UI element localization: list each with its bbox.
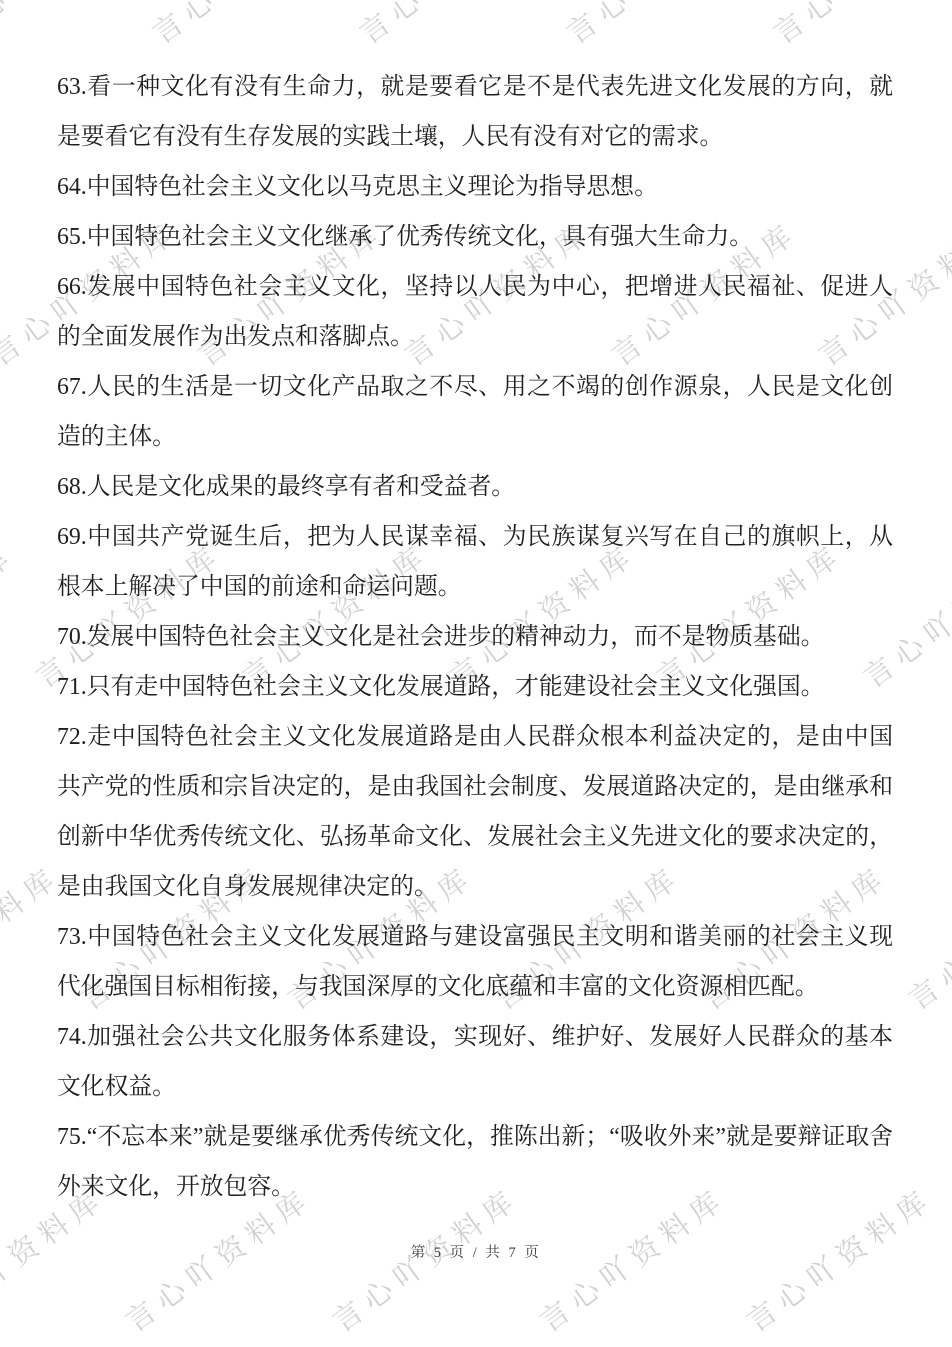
page-number-indicator: 第 5 页 / 共 7 页 (0, 1241, 952, 1262)
note-item-74: 74.加强社会公共文化服务体系建设，实现好、维护好、发展好人民群众的基本文化权益… (57, 1012, 893, 1112)
note-item-69: 69.中国共产党诞生后，把为人民谋幸福、为民族谋复兴写在自己的旗帜上，从根本上解… (57, 512, 893, 612)
note-item-64: 64.中国特色社会主义文化以马克思主义理论为指导思想。 (57, 162, 893, 212)
note-item-66: 66.发展中国特色社会主义文化，坚持以人民为中心，把增进人民福祉、促进人的全面发… (57, 262, 893, 362)
note-item-68: 68.人民是文化成果的最终享有者和受益者。 (57, 462, 893, 512)
note-item-73: 73.中国特色社会主义文化发展道路与建设富强民主文明和谐美丽的社会主义现代化强国… (57, 912, 893, 1012)
note-item-72: 72.走中国特色社会主义文化发展道路是由人民群众根本利益决定的，是由中国共产党的… (57, 712, 893, 912)
note-item-65: 65.中国特色社会主义文化继承了优秀传统文化，具有强大生命力。 (57, 212, 893, 262)
document-page: 言心吖资料库言心吖资料库言心吖资料库言心吖资料库言心吖资料库言心吖资料库言心吖资… (0, 0, 952, 1347)
note-item-70: 70.发展中国特色社会主义文化是社会进步的精神动力，而不是物质基础。 (57, 612, 893, 662)
note-item-75: 75.“不忘本来”就是要继承优秀传统文化，推陈出新；“吸收外来”就是要辩证取舍外… (57, 1112, 893, 1212)
note-item-71: 71.只有走中国特色社会主义文化发展道路，才能建设社会主义文化强国。 (57, 662, 893, 712)
note-item-67: 67.人民的生活是一切文化产品取之不尽、用之不竭的创作源泉，人民是文化创造的主体… (57, 362, 893, 462)
notes-content: 63.看一种文化有没有生命力，就是要看它是不是代表先进文化发展的方向，就是要看它… (0, 0, 952, 1212)
note-item-63: 63.看一种文化有没有生命力，就是要看它是不是代表先进文化发展的方向，就是要看它… (57, 62, 893, 162)
